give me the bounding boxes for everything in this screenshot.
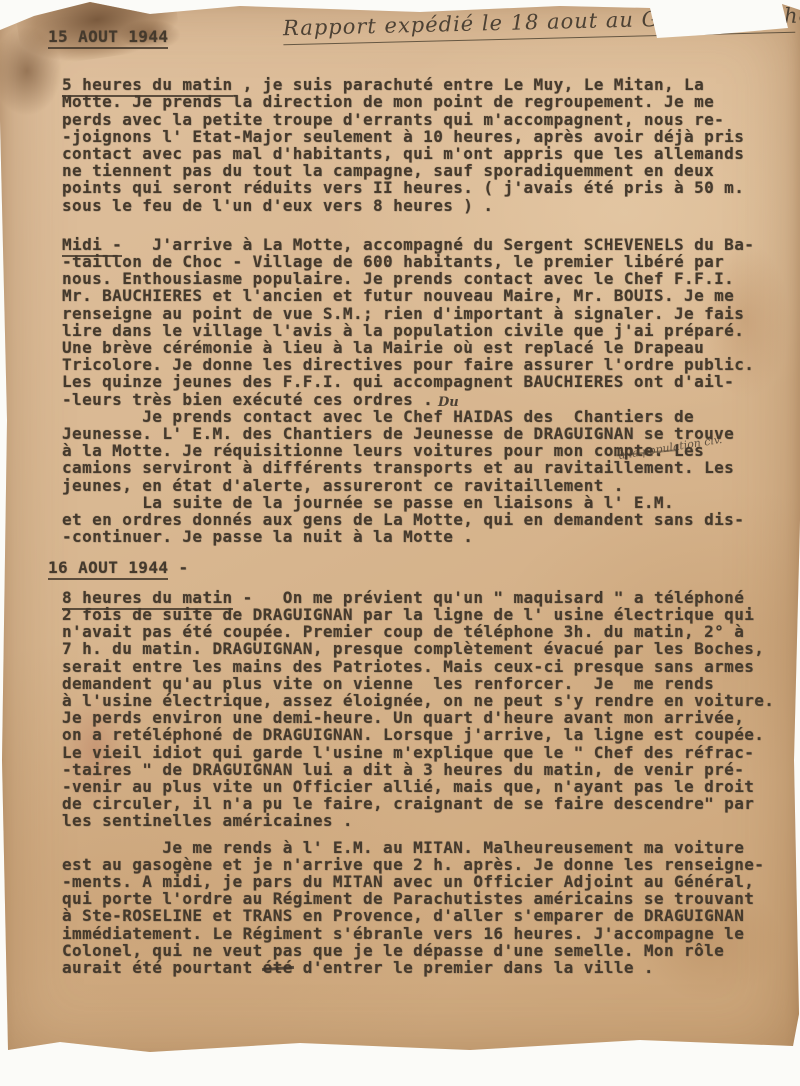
- text-line: n'avait pas été coupée. Premier coup de …: [62, 623, 784, 640]
- date-heading-text: 15 AOUT 1944: [48, 27, 168, 49]
- paragraph-lines: Motte. Je prends la direction de mon poi…: [62, 93, 784, 213]
- final-line-before: aurait été pourtant: [62, 958, 263, 977]
- date-heading-15-aout: 15 AOUT 1944: [62, 28, 784, 45]
- text-line: -venir au plus vite un Officier allié, m…: [62, 778, 784, 795]
- text-line: Je me rends à l' E.M. au MITAN. Malheure…: [62, 839, 784, 856]
- text-line: 2 fois de suite de DRAGUIGNAN par la lig…: [62, 606, 784, 623]
- paragraph-lines: Je me rends à l' E.M. au MITAN. Malheure…: [62, 839, 784, 959]
- text-line: -ments. A midi, je pars du MITAN avec un…: [62, 873, 784, 890]
- text-line: nous. Enthousiasme populaire. Je prends …: [62, 270, 784, 287]
- text-line: on a retéléphoné de DRAGUIGNAN. Lorsque …: [62, 726, 784, 743]
- text-line: points qui seront réduits vers II heures…: [62, 179, 784, 196]
- text-line: -taires " de DRAGUIGNAN lui a dit à 3 he…: [62, 761, 784, 778]
- text-line: et en ordres donnés aux gens de La Motte…: [62, 511, 784, 528]
- text-line: contact avec pas mal d'habitants, qui m'…: [62, 145, 784, 162]
- text-line: camions serviront à différents transport…: [62, 459, 784, 476]
- text-line: serait entre les mains des Patriotes. Ma…: [62, 658, 784, 675]
- text-line: Les quinze jeunes des F.F.I. qui accompa…: [62, 373, 784, 390]
- text-line: est au gasogène et je n'arrive que 2 h. …: [62, 856, 784, 873]
- text-line: Tricolore. Je donne les directives pour …: [62, 356, 784, 373]
- paragraph-suite-journee: La suite de la journée se passe en liais…: [62, 494, 784, 546]
- scanned-document-viewport: Rapport expédié le 18 aout au Général Co…: [0, 0, 800, 1086]
- paragraph-text: , je suis parachuté entre Le Muy, Le Mit…: [233, 75, 705, 94]
- handwritten-insertion-du: Du: [438, 395, 459, 410]
- paragraph-text: - On me prévient qu'un " maquisard " a t…: [233, 588, 745, 607]
- paragraph-mitan: Je me rends à l' E.M. au MITAN. Malheure…: [62, 839, 784, 977]
- text-line: 7 h. du matin. DRAGUIGNAN, presque compl…: [62, 640, 784, 657]
- text-line: les sentinelles américaines .: [62, 812, 784, 829]
- text-line: renseigne au point de vue S.M.; rien d'i…: [62, 305, 784, 322]
- text-line: Je perds environ une demi-heure. Un quar…: [62, 709, 784, 726]
- paragraph-lines: -taillon de Choc - Village de 600 habita…: [62, 253, 784, 408]
- text-line: lire dans le village l'avis à la populat…: [62, 322, 784, 339]
- paragraph-8-heures: 8 heures du matin - On me prévient qu'un…: [62, 589, 784, 830]
- paragraph-lines: 2 fois de suite de DRAGUIGNAN par la lig…: [62, 606, 784, 830]
- text-line: ne tiennent pas du tout la campagne, sau…: [62, 162, 784, 179]
- text-line: Jeunesse. L' E.M. des Chantiers de Jeune…: [62, 425, 784, 442]
- text-line: Motte. Je prends la direction de mon poi…: [62, 93, 784, 110]
- text-line: de circuler, il n'a pu le faire, craigna…: [62, 795, 784, 812]
- text-line: demandent qu'au plus vite on vienne les …: [62, 675, 784, 692]
- text-line: -continuer. Je passe la nuit à la Motte …: [62, 528, 784, 545]
- text-line: Une brève cérémonie à lieu à la Mairie o…: [62, 339, 784, 356]
- paragraph-midi: Midi - J'arrive à La Motte, accompagné d…: [62, 236, 784, 408]
- paragraph-5-heures: 5 heures du matin , je suis parachuté en…: [62, 76, 784, 214]
- text-line: perds avec la petite troupe d'errants qu…: [62, 111, 784, 128]
- text-line: -leurs très bien exécuté ces ordres .: [62, 391, 784, 408]
- date-heading-suffix: -: [168, 558, 188, 577]
- paragraph-text: J'arrive à La Motte, accompagné du Serge…: [122, 235, 754, 254]
- text-line: à Ste-ROSELINE et TRANS en Provence, d'a…: [62, 907, 784, 924]
- text-line: à la Motte. Je réquisitionne leurs voitu…: [62, 442, 784, 459]
- document-page: Rapport expédié le 18 aout au Général Co…: [0, 0, 800, 1062]
- paragraph-chantiers: Du Je prends contact avec le Chef HAIDAS…: [62, 408, 784, 494]
- text-line: qui porte l'ordre au Régiment de Parachu…: [62, 890, 784, 907]
- text-line: -joignons l' Etat-Major seulement à 10 h…: [62, 128, 784, 145]
- text-line: jeunes, en état d'alerte, assureront ce …: [62, 477, 784, 494]
- text-line: Colonel, qui ne veut pas que je le dépas…: [62, 942, 784, 959]
- final-line-with-strikethrough: aurait été pourtant été d'entrer le prem…: [62, 959, 784, 976]
- text-line: à l'usine électrique, assez éloignée, on…: [62, 692, 784, 709]
- text-line: La suite de la journée se passe en liais…: [62, 494, 784, 511]
- paragraph-lines: Je prends contact avec le Chef HAIDAS de…: [62, 408, 784, 494]
- struck-word: été: [263, 958, 293, 977]
- paragraph-lines: La suite de la journée se passe en liais…: [62, 494, 784, 546]
- typewritten-text-column: 15 AOUT 1944 5 heures du matin , je suis…: [0, 0, 800, 976]
- text-line: Le vieil idiot qui garde l'usine m'expli…: [62, 744, 784, 761]
- text-line: immédiatement. Le Régiment s'ébranle ver…: [62, 925, 784, 942]
- final-line-after: d'entrer le premier dans la ville .: [293, 958, 654, 977]
- text-line: Je prends contact avec le Chef HAIDAS de…: [62, 408, 784, 425]
- text-line: sous le feu de l'un d'eux vers 8 heures …: [62, 197, 784, 214]
- text-line: Mr. BAUCHIERES et l'ancien et futur nouv…: [62, 287, 784, 304]
- date-heading-text: 16 AOUT 1944: [48, 558, 168, 580]
- date-heading-16-aout: 16 AOUT 1944 -: [62, 559, 784, 576]
- text-line: -taillon de Choc - Village de 600 habita…: [62, 253, 784, 270]
